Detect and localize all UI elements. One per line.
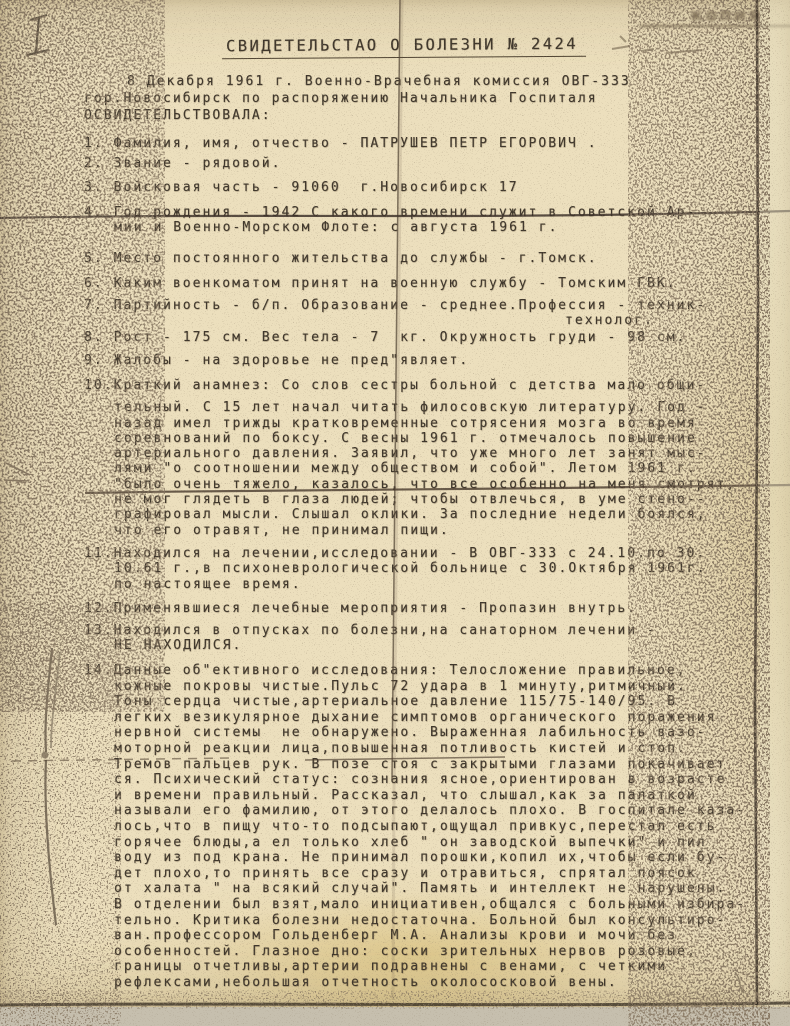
item-number: 7. — [84, 298, 114, 313]
item-line: от халата " на всякий случай". Память и … — [84, 881, 774, 897]
item-line: ся. Психический статус: сознания ясное,о… — [84, 772, 774, 788]
item-line: по настоящее время. — [84, 577, 774, 592]
item-4: 4. Год рождения - 1942 С какого времени … — [84, 205, 774, 236]
item-line: лось,что в пищу что-то подсыпают,ощущал … — [84, 819, 774, 835]
item-line: ван.профессором Гольденберг М.А. Анализы… — [84, 928, 774, 944]
intro-line: 8 Декабря 1961 г. Военно-Врачебная комис… — [127, 73, 744, 90]
item-number: 11. — [84, 546, 114, 561]
item-3: 3. Войсковая часть - 91060 г.Новосибирск… — [84, 180, 774, 195]
item-number: 2. — [84, 156, 114, 171]
item-line: не мог глядеть в глаза людей; чтобы отвл… — [84, 492, 774, 507]
item-line: называли его фамилию, от этого делалось … — [84, 803, 774, 819]
item-line: легких везикулярное дыхание симптомов ор… — [84, 710, 774, 726]
item-line: тельно. Критика болезни недостаточна. Бо… — [84, 913, 774, 929]
item-10: 10.Краткий анамнез: Со слов сестры больн… — [84, 378, 774, 538]
item-line: воду из под крана. Не принимал порошки,к… — [84, 850, 774, 866]
intro-line: гор.Новосибирск по распоряжению Начальни… — [84, 90, 744, 107]
item-9: 9. Жалобы - на здоровье не пред"являет. — [84, 353, 774, 368]
item-line: Место постоянного жительства до службы -… — [114, 251, 598, 266]
item-6: 6. Каким военкоматом принят на военную с… — [84, 276, 774, 291]
item-line: мии и Военно-Морском Флоте: с августа 19… — [84, 220, 774, 235]
item-line: Фамилия, имя, отчество - ПАТРУШЕВ ПЕТР Е… — [114, 136, 598, 151]
item-number: 9. — [84, 353, 114, 368]
item-number: 8. — [84, 330, 114, 345]
item-13: 13.Находился в отпусках по болезни,на са… — [84, 623, 774, 654]
item-11: 11.Находился на лечении,исследовании - В… — [84, 546, 774, 592]
item-line: графировал мысли. Слышал оклики. За посл… — [84, 507, 774, 522]
item-line: НЕ НАХОДИЛСЯ. — [84, 638, 774, 653]
item-line: Рост - 175 см. Вес тела - 7 кг. Окружнос… — [114, 330, 687, 345]
item-line: 10.61 г.,в психоневрологической больнице… — [84, 561, 774, 576]
item-number: 6. — [84, 276, 114, 291]
item-line: Краткий анамнез: Со слов сестры больной … — [114, 378, 707, 393]
copy-stamp: КОПИЯ — [640, 10, 790, 27]
item-line: Звание - рядовой. — [114, 156, 282, 171]
item-line: Находился на лечении,исследовании - В ОВ… — [114, 546, 707, 561]
item-line: Находился в отпусках по болезни,на санат… — [114, 623, 657, 638]
item-line: что его отравят, не принимал пищи. — [84, 523, 774, 538]
item-line: и времени правильный. Рассказал, что слы… — [84, 788, 774, 804]
document-title: СВИДЕТЕЛЬСТАО О БОЛЕЗНИ № 2424 — [222, 35, 586, 60]
item-line: "было очень тяжело, казалось, что все ос… — [84, 477, 774, 492]
item-line: тельный. С 15 лет начал читать филосовск… — [84, 400, 774, 415]
intro-line: ОСВИДЕТЕЛЬСТВОВАЛА: — [84, 107, 744, 124]
item-line: нервной системы не обнаружено. Выраженна… — [84, 725, 774, 741]
item-number: 1. — [84, 136, 114, 151]
item-14: 14.Данные об"ективного исследования: Тел… — [84, 663, 774, 990]
item-line: Партийность - б/п. Образование - среднее… — [114, 298, 707, 313]
item-line: Данные об"ективного исследования: Телосл… — [114, 663, 687, 678]
item-line: В отделении был взят,мало инициативен,об… — [84, 897, 774, 913]
intro-paragraph: 8 Декабря 1961 г. Военно-Врачебная комис… — [84, 73, 744, 124]
item-number: 4. — [84, 205, 114, 220]
item-line: технолог. — [84, 313, 774, 328]
item-line: лями "о соотношении между обществом и со… — [84, 461, 774, 476]
item-line: артериального давления. Заявил, что уже … — [84, 446, 774, 461]
item-line: Год рождения - 1942 С какого времени слу… — [114, 205, 697, 220]
item-line: моторной реакции лица,повышенная потливо… — [84, 741, 774, 757]
document-content: КОПИЯ СВИДЕТЕЛЬСТАО О БОЛЕЗНИ № 2424 8 Д… — [0, 0, 790, 1026]
item-line: Тремов пальцев рук. В позе стоя с закрыт… — [84, 757, 774, 773]
item-line: кожные покровы чистые.Пульс 72 удара в 1… — [84, 679, 774, 695]
item-2: 2. Звание - рядовой. — [84, 156, 774, 171]
item-number: 10. — [84, 378, 114, 393]
item-number: 13. — [84, 623, 114, 638]
item-number: 5. — [84, 251, 114, 266]
item-line: горячее блюды,а ел только хлеб " он заво… — [84, 835, 774, 851]
item-7: 7. Партийность - б/п. Образование - сред… — [84, 298, 774, 329]
item-line: назад имел трижды кратковременные сотряс… — [84, 416, 774, 431]
item-line: особенностей. Глазное дно: соски зритель… — [84, 944, 774, 960]
item-12: 12.Применявшиеся лечебные мероприятия - … — [84, 601, 774, 616]
document-page: КОПИЯ СВИДЕТЕЛЬСТАО О БОЛЕЗНИ № 2424 8 Д… — [0, 0, 790, 1026]
item-line: рефлексами,небольшая отчетность околосос… — [84, 975, 774, 991]
item-line: дет плохо,то принять все сразу и отравит… — [84, 866, 774, 882]
item-1: 1. Фамилия, имя, отчество - ПАТРУШЕВ ПЕТ… — [84, 136, 774, 151]
item-line: Каким военкоматом принят на военную служ… — [114, 276, 677, 291]
item-8: 8. Рост - 175 см. Вес тела - 7 кг. Окруж… — [84, 330, 774, 345]
item-number: 3. — [84, 180, 114, 195]
item-line: Тоны сердца чистые,артериальное давление… — [84, 694, 774, 710]
item-number: 14. — [84, 663, 114, 678]
item-line: границы отчетливы,артерии подравнены с в… — [84, 959, 774, 975]
item-line: Жалобы - на здоровье не пред"являет. — [114, 353, 470, 368]
item-line: соревнований по боксу. С весны 1961 г. о… — [84, 431, 774, 446]
item-line: Войсковая часть - 91060 г.Новосибирск 17 — [114, 180, 519, 195]
item-line: Применявшиеся лечебные мероприятия - Про… — [114, 601, 637, 616]
item-5: 5. Место постоянного жительства до служб… — [84, 251, 774, 266]
item-number: 12. — [84, 601, 114, 616]
